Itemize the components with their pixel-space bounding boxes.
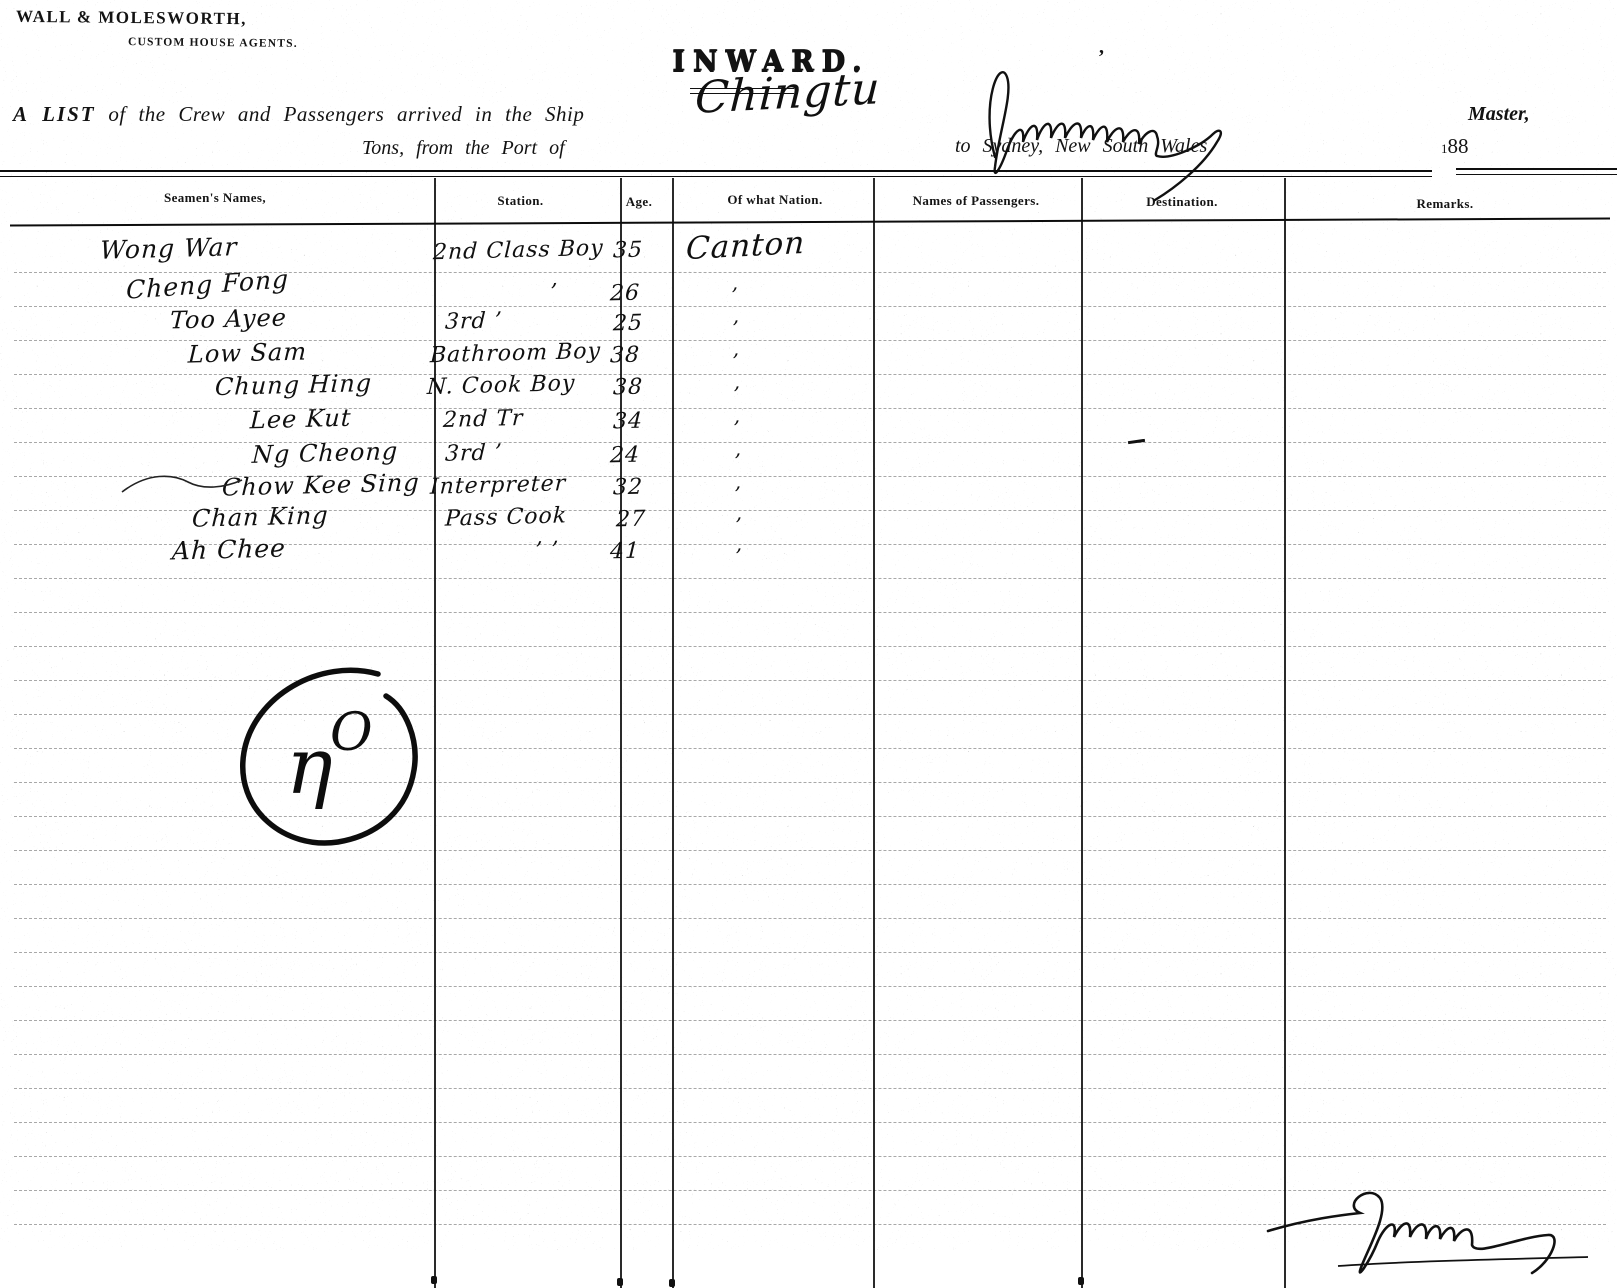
crew-nation: Canton <box>685 225 806 267</box>
nation-ditto-mark: ’ <box>732 416 740 440</box>
crew-name: Ah Chee <box>171 533 286 565</box>
column-header-destination: Destination. <box>1082 194 1282 210</box>
crew-age: 25 <box>612 311 643 337</box>
ruled-line <box>14 986 1606 987</box>
correction-squiggle <box>118 470 248 500</box>
crew-age: 35 <box>612 238 643 264</box>
circled-total-annotation: η O <box>228 658 438 858</box>
officer-signature-handwriting <box>1250 1165 1610 1285</box>
crew-name: Low Sam <box>187 337 307 368</box>
ruled-line <box>14 1020 1606 1021</box>
master-signature-handwriting <box>955 42 1255 202</box>
ruled-line <box>14 612 1606 613</box>
crew-age: 41 <box>609 539 640 565</box>
column-divider-age-nation <box>672 178 674 1288</box>
ruled-line <box>14 646 1606 647</box>
column-header-station: Station. <box>428 193 613 209</box>
form-title-prefix: A LIST <box>13 102 96 126</box>
letterhead-agent-subtitle: CUSTOM HOUSE AGENTS. <box>128 36 298 50</box>
nation-ditto-mark: ’ <box>733 449 741 473</box>
crew-name: Lee Kut <box>249 404 352 435</box>
circled-mark-main-glyph: η <box>286 722 333 812</box>
nation-ditto-mark: ’ <box>732 382 740 406</box>
ink-blob <box>617 1278 623 1286</box>
ruled-line <box>14 952 1606 953</box>
ruled-line <box>14 884 1606 885</box>
crew-name: Chow Kee Sing <box>221 468 420 501</box>
crew-station: ’ <box>549 280 558 305</box>
destination-dash-mark <box>1128 439 1145 444</box>
top-rule-right-segment <box>1456 168 1617 175</box>
circled-mark-sup-glyph: O <box>330 703 373 763</box>
crew-name: Chung Hing <box>214 369 372 401</box>
ruled-line <box>14 578 1606 579</box>
crew-name: Chan King <box>191 501 329 533</box>
crew-age: 38 <box>609 343 640 369</box>
crew-station: 2nd Tr <box>442 406 524 433</box>
scanned-crew-list-document: WALL & MOLESWORTH, CUSTOM HOUSE AGENTS. … <box>0 0 1617 1288</box>
crew-name: Ng Cheong <box>251 437 398 469</box>
crew-station: N. Cook Boy <box>426 371 575 400</box>
column-divider-nation-passengers <box>873 178 875 1288</box>
crew-age: 24 <box>609 443 640 469</box>
top-rule-left-segment <box>0 170 1432 177</box>
nation-ditto-mark: ’ <box>730 283 738 307</box>
crew-station: ’ ’ <box>534 538 559 564</box>
crew-name: Too Ayee <box>169 303 287 334</box>
ruled-line <box>14 1156 1606 1157</box>
crew-station: 2nd Class Boy <box>432 236 604 266</box>
column-header-passengers: Names of Passengers. <box>870 193 1082 209</box>
crew-station: 3rd ’ <box>444 440 503 467</box>
crew-name: Wong War <box>99 232 238 265</box>
ruled-line <box>14 918 1606 919</box>
ink-blob <box>669 1279 675 1287</box>
nation-ditto-mark: ’ <box>734 513 742 537</box>
header-bottom-rule <box>10 218 1610 227</box>
year-prefix: 188 <box>1441 134 1469 159</box>
crew-age: 32 <box>612 475 643 501</box>
column-divider-passengers-destination <box>1081 178 1083 1288</box>
tons-port-line: Tons, from the Port of <box>362 137 565 160</box>
column-header-nation: Of what Nation. <box>675 192 875 208</box>
column-header-seamens-names: Seamen's Names, <box>60 190 370 206</box>
crew-station: Interpreter <box>429 471 566 500</box>
printed-destination-line: to Sydney, New South Wales <box>955 135 1207 158</box>
column-divider-destination-remarks <box>1284 178 1286 1288</box>
ink-blob <box>1078 1277 1084 1285</box>
ink-blob <box>431 1276 437 1284</box>
column-header-age: Age. <box>604 194 674 210</box>
nation-ditto-mark: ’ <box>734 544 742 568</box>
letterhead-agent-name: WALL & MOLESWORTH, <box>16 7 247 29</box>
crew-age: 38 <box>612 375 643 401</box>
ruled-line <box>14 1054 1606 1055</box>
nation-ditto-mark: ’ <box>731 349 739 373</box>
ruled-line <box>14 1122 1606 1123</box>
crew-age: 27 <box>615 507 646 533</box>
crew-station: 3rd ’ <box>444 308 503 335</box>
form-title-text: of the Crew and Passengers arrived in th… <box>108 102 584 126</box>
year-prefix-digits: 88 <box>1448 134 1469 158</box>
crew-age: 26 <box>609 281 640 307</box>
crew-name: Cheng Fong <box>126 264 289 304</box>
nation-ditto-mark: ’ <box>731 316 739 340</box>
column-header-remarks: Remarks. <box>1345 196 1545 212</box>
ship-name-handwritten: Chingtu <box>694 63 882 124</box>
form-title-line: A LIST of the Crew and Passengers arrive… <box>13 102 584 127</box>
crew-age: 34 <box>612 409 643 435</box>
nation-ditto-mark: ’ <box>733 482 741 506</box>
crew-station: Bathroom Boy <box>429 339 601 369</box>
crew-station: Pass Cook <box>444 503 567 531</box>
master-label: Master, <box>1468 103 1530 126</box>
ruled-line <box>14 1088 1606 1089</box>
